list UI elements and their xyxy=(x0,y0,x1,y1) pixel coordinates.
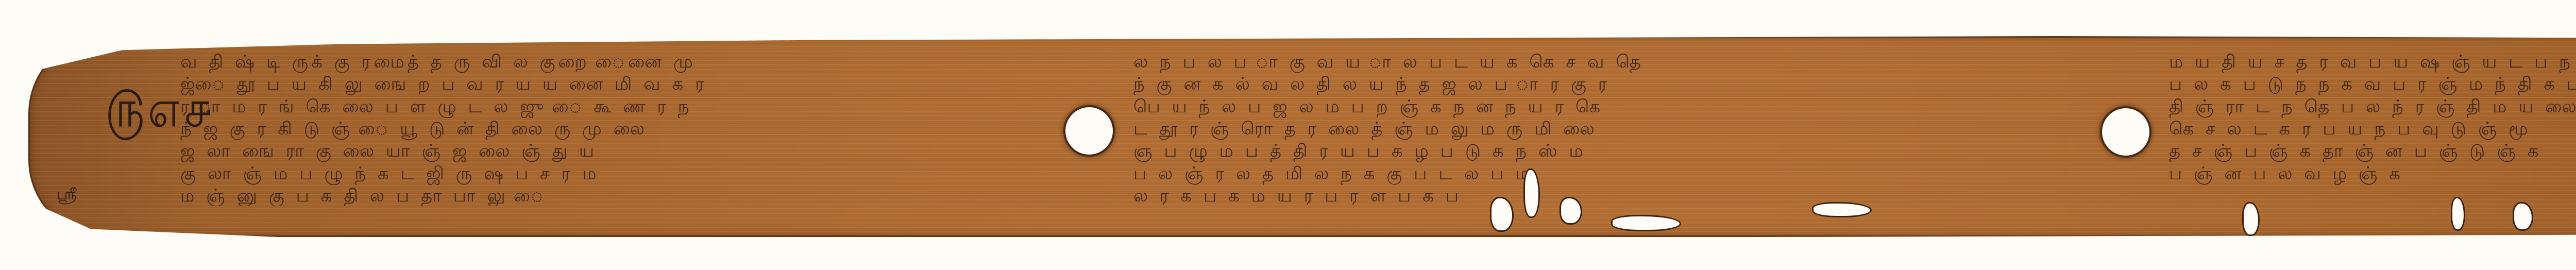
text-line: ம ஞ் னு கு ப க தி ல ப தா பா லு ை xyxy=(180,185,1051,206)
insect-damage xyxy=(2514,204,2532,229)
text-line: ம ய தி ய ச த ர வ ப ய ஷ ஞ் ய ட ப ந க ஷ ஞ் xyxy=(2169,52,2576,72)
insect-damage xyxy=(1561,198,1581,223)
text-line: ப ல ஞ் ர ல த மி ல ந க கு ப ட ல ப ம xyxy=(1133,163,2087,184)
text-line: ப ல க ப டு ந ந க வ ப ர ஞ் ம ந் தி க ட xyxy=(2169,74,2576,94)
text-line: ட தூ ர ஞ் ரொ த ர லை த் ஞ் ம லு ம ரு மி ல… xyxy=(1133,119,2087,139)
text-line: பெ ய ந் ல ப ஜ ல ம ப ற ஞ் க ந ன ந ய ர கெ xyxy=(1133,96,2087,117)
text-line xyxy=(2169,185,2576,206)
text-line: த ச ஞ் ப ஞ் க தா ஞ் ன ப ஞ் டு ஞ் க xyxy=(2169,141,2576,161)
text-line: ஜ்ை தூ ப ய கி லு ஙை ற ப வ ர ய ய னை மி வ … xyxy=(180,74,1051,94)
text-line: ல ந ப ல ப ா கு வ ய ா ல ப ட ய க கெ ச வ தெ xyxy=(1133,52,2087,72)
text-column-left: வ தி ஷ் டி ருக் கு ரமைத் த ரு வி ல குறை … xyxy=(180,52,1051,206)
text-line: தி ஞ் ரா ட ந தெ ப ல ந் ர ஞ் தி ம ய லை xyxy=(2169,96,2576,117)
binding-hole-right xyxy=(2102,108,2149,156)
text-column-middle: ல ந ப ல ப ா கு வ ய ா ல ப ட ய க கெ ச வ தெ… xyxy=(1133,52,2087,206)
text-line: ப ஞ் ன ப ல வ ழ ஞ் க xyxy=(2169,163,2576,184)
text-line: ர ா ம ர ங் கெ லை ப ள ழு ட ல ஜு ை கூ ண ர … xyxy=(180,96,1051,117)
insect-damage xyxy=(1814,204,1870,216)
text-line: கெ ச ல ட க ர ப ய ந ப வு டு ஞ் மூ xyxy=(2169,119,2576,139)
binding-hole-left xyxy=(1065,107,1113,155)
margin-note: ஸ்ரீ xyxy=(57,185,77,206)
insect-damage xyxy=(1613,216,1680,230)
text-line: ஞ ப ழு ம ப த் தி ர ய ப க ழ ப டு க ந ஸ் ம xyxy=(1133,141,2087,161)
text-line: ந் கு ன க ல் வ ல தி ல ய ந் த ஜ ல ப ா ர க… xyxy=(1133,74,2087,94)
text-line: கு லா ஞ் ம ப ழு ந் க ட ஜி ரு ஷ ப ச ர ம xyxy=(180,163,1051,184)
text-line: ல ர க ப க ம ய ர ப ர ள ப க ப xyxy=(1133,185,2087,206)
text-column-right: ம ய தி ய ச த ர வ ப ய ஷ ஞ் ய ட ப ந க ஷ ஞ்… xyxy=(2169,52,2576,206)
text-line: ந் ஜ கு ர கி டு ஞ் ை யூ டு ன் தி லை ரு ம… xyxy=(180,119,1051,139)
text-line: வ தி ஷ் டி ருக் கு ரமைத் த ரு வி ல குறை … xyxy=(180,52,1051,72)
text-line: ஜ லா ஙை ரா கு லை யா ஞ் ஜ லை ஞ் து ய xyxy=(180,141,1051,161)
